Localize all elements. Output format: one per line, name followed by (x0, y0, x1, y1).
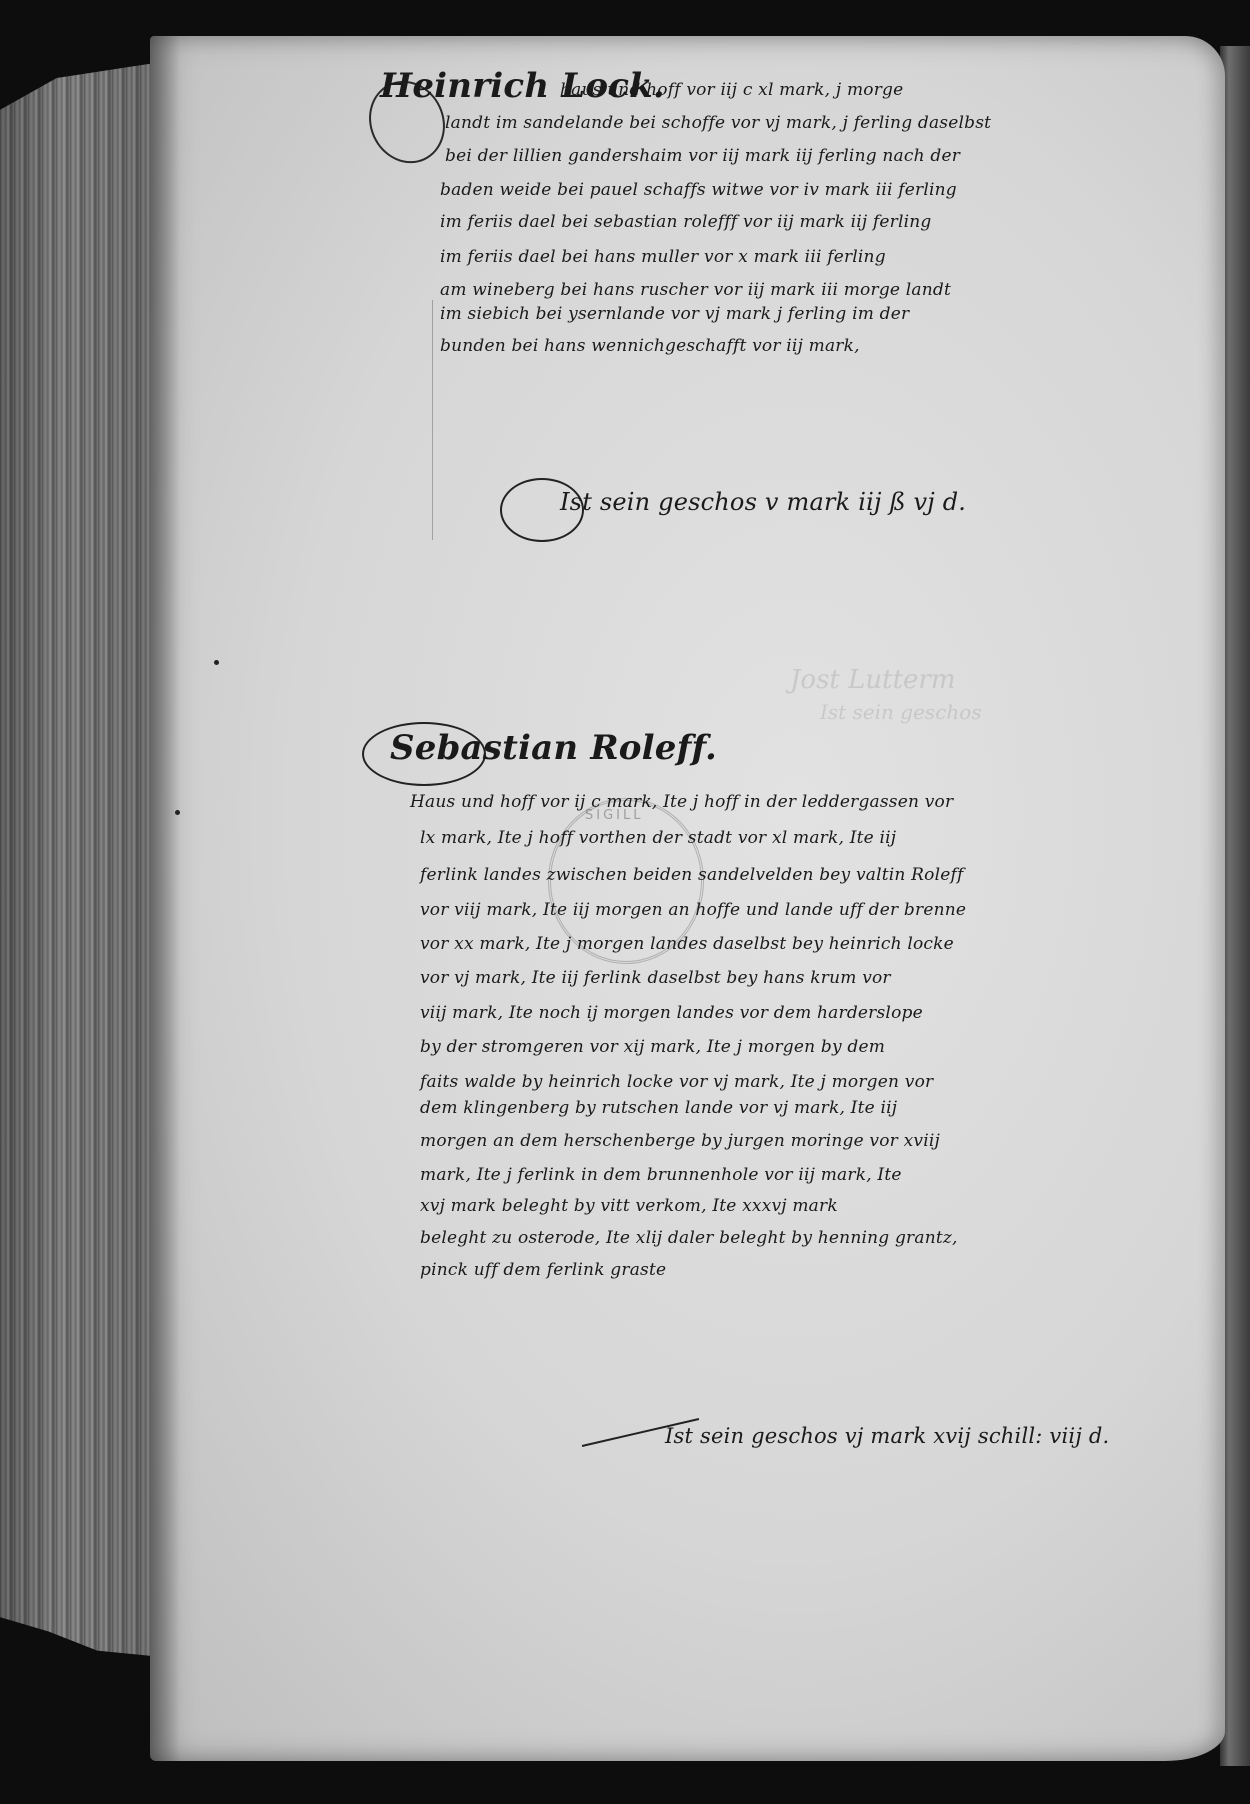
entry-line: ferlink landes zwischen beiden sandelvel… (420, 865, 963, 885)
entry-line: vor vj mark, Ite iij ferlink daselbst be… (420, 968, 891, 988)
entry-line: im feriis dael bei hans muller vor x mar… (440, 247, 886, 267)
entry-line: morgen an dem herschenberge by jurgen mo… (420, 1131, 940, 1151)
ink-dot (175, 810, 180, 815)
entry-line: bei der lillien gandershaim vor iij mark… (445, 146, 960, 166)
entry-line: bunden bei hans wennichgeschafft vor iij… (440, 336, 860, 356)
ink-dot (214, 660, 219, 665)
bleed-through-text: Ist sein geschos (820, 700, 982, 724)
entry-line: beleght zu osterode, Ite xlij daler bele… (420, 1228, 958, 1248)
entry-line: baden weide bei pauel schaffs witwe vor … (440, 180, 957, 200)
entry-line: xvj mark beleght by vitt verkom, Ite xxx… (420, 1196, 838, 1216)
entry-summary: Ist sein geschos vj mark xvij schill: vi… (665, 1424, 1109, 1448)
gutter-shadow (150, 36, 180, 1761)
entry-line: viij mark, Ite noch ij morgen landes vor… (420, 1003, 923, 1023)
scanned-page-image: Jost Lutterm Ist sein geschos Heinrich L… (0, 0, 1250, 1804)
entry-line: landt im sandelande bei schoffe vor vj m… (445, 113, 991, 133)
entry-line: dem klingenberg by rutschen lande vor vj… (420, 1098, 897, 1118)
entry-line: im siebich bei ysernlande vor vj mark j … (440, 304, 909, 324)
entry-line: pinck uff dem ferlink graste (420, 1260, 666, 1280)
entry-line: vor xx mark, Ite j morgen landes daselbs… (420, 934, 954, 954)
entry-line: faits walde by heinrich locke vor vj mar… (420, 1072, 933, 1092)
margin-rule (432, 300, 433, 540)
page-stack-edge (0, 62, 162, 1657)
entry-line: lx mark, Ite j hoff vorthen der stadt vo… (420, 828, 896, 848)
entry-line: im feriis dael bei sebastian rolefff vor… (440, 212, 932, 232)
entry-line: vor viij mark, Ite iij morgen an hoffe u… (420, 900, 966, 920)
entry-line: Haus und hoff vor ij c mark, Ite j hoff … (410, 792, 953, 812)
entry-line: am wineberg bei hans ruscher vor iij mar… (440, 280, 951, 300)
entry-summary: Ist sein geschos v mark iij ß vj d. (560, 488, 966, 516)
entry-line: mark, Ite j ferlink in dem brunnenhole v… (420, 1165, 902, 1185)
entry-line: by der stromgeren vor xij mark, Ite j mo… (420, 1037, 885, 1057)
entry-heading: Sebastian Roleff. (390, 728, 717, 768)
entry-line: haus und hoff vor iij c xl mark, j morge (560, 80, 903, 100)
bleed-through-text: Jost Lutterm (790, 665, 956, 695)
